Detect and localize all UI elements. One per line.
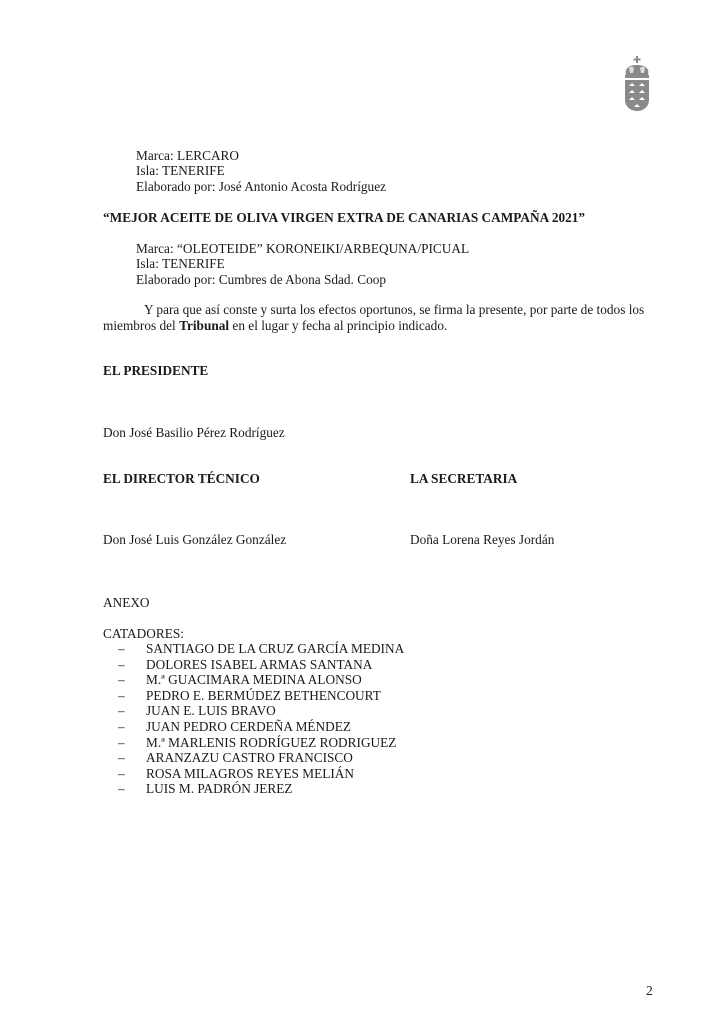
- catador-name: ROSA MILAGROS REYES MELIÁN: [146, 766, 354, 781]
- entry1-isla: Isla: TENERIFE: [136, 163, 225, 179]
- catador-list-item: –M.ª GUACIMARA MEDINA ALONSO: [118, 672, 404, 688]
- catador-name: DOLORES ISABEL ARMAS SANTANA: [146, 657, 372, 672]
- catador-list-item: –DOLORES ISABEL ARMAS SANTANA: [118, 657, 404, 673]
- catador-name: M.ª MARLENIS RODRÍGUEZ RODRIGUEZ: [146, 735, 396, 750]
- secretary-title: LA SECRETARIA: [410, 471, 517, 487]
- president-name: Don José Basilio Pérez Rodríguez: [103, 425, 285, 441]
- catador-list-item: –ARANZAZU CASTRO FRANCISCO: [118, 750, 404, 766]
- catador-name: M.ª GUACIMARA MEDINA ALONSO: [146, 672, 362, 687]
- catador-list-item: –M.ª MARLENIS RODRÍGUEZ RODRIGUEZ: [118, 735, 404, 751]
- dash-bullet-icon: –: [118, 750, 146, 766]
- catador-name: LUIS M. PADRÓN JEREZ: [146, 781, 293, 796]
- entry2-isla: Isla: TENERIFE: [136, 256, 225, 272]
- dash-bullet-icon: –: [118, 657, 146, 673]
- dash-bullet-icon: –: [118, 781, 146, 797]
- catador-name: JUAN E. LUIS BRAVO: [146, 703, 276, 718]
- dash-bullet-icon: –: [118, 703, 146, 719]
- dash-bullet-icon: –: [118, 641, 146, 657]
- catador-name: SANTIAGO DE LA CRUZ GARCÍA MEDINA: [146, 641, 404, 656]
- catador-list-item: –SANTIAGO DE LA CRUZ GARCÍA MEDINA: [118, 641, 404, 657]
- award-title: “MEJOR ACEITE DE OLIVA VIRGEN EXTRA DE C…: [103, 210, 585, 226]
- entry2-marca: Marca: “OLEOTEIDE” KORONEIKI/ARBEQUNA/PI…: [136, 241, 469, 257]
- closing-text: miembros del: [103, 318, 179, 333]
- dash-bullet-icon: –: [118, 735, 146, 751]
- dash-bullet-icon: –: [118, 672, 146, 688]
- director-name: Don José Luis González González: [103, 532, 286, 548]
- secretary-name: Doña Lorena Reyes Jordán: [410, 532, 554, 548]
- dash-bullet-icon: –: [118, 766, 146, 782]
- catadores-label: CATADORES:: [103, 626, 184, 642]
- director-title: EL DIRECTOR TÉCNICO: [103, 471, 260, 487]
- tribunal-bold: Tribunal: [179, 318, 229, 333]
- closing-text-end: en el lugar y fecha al principio indicad…: [229, 318, 447, 333]
- catador-name: ARANZAZU CASTRO FRANCISCO: [146, 750, 353, 765]
- entry2-elaborado: Elaborado por: Cumbres de Abona Sdad. Co…: [136, 272, 386, 288]
- catador-list-item: –PEDRO E. BERMÚDEZ BETHENCOURT: [118, 688, 404, 704]
- entry1-elaborado: Elaborado por: José Antonio Acosta Rodrí…: [136, 179, 386, 195]
- annex-title: ANEXO: [103, 595, 150, 611]
- closing-line-2: miembros del Tribunal en el lugar y fech…: [103, 318, 447, 334]
- president-title: EL PRESIDENTE: [103, 363, 208, 379]
- coat-of-arms-icon: [622, 56, 652, 112]
- catador-name: PEDRO E. BERMÚDEZ BETHENCOURT: [146, 688, 381, 703]
- catadores-list: –SANTIAGO DE LA CRUZ GARCÍA MEDINA–DOLOR…: [118, 641, 404, 797]
- page-number: 2: [646, 983, 653, 999]
- catador-list-item: –JUAN E. LUIS BRAVO: [118, 703, 404, 719]
- dash-bullet-icon: –: [118, 688, 146, 704]
- dash-bullet-icon: –: [118, 719, 146, 735]
- entry1-marca: Marca: LERCARO: [136, 148, 239, 164]
- catador-list-item: –ROSA MILAGROS REYES MELIÁN: [118, 766, 404, 782]
- catador-list-item: –JUAN PEDRO CERDEÑA MÉNDEZ: [118, 719, 404, 735]
- catador-name: JUAN PEDRO CERDEÑA MÉNDEZ: [146, 719, 351, 734]
- catador-list-item: –LUIS M. PADRÓN JEREZ: [118, 781, 404, 797]
- closing-line-1: Y para que así conste y surta los efecto…: [144, 302, 644, 318]
